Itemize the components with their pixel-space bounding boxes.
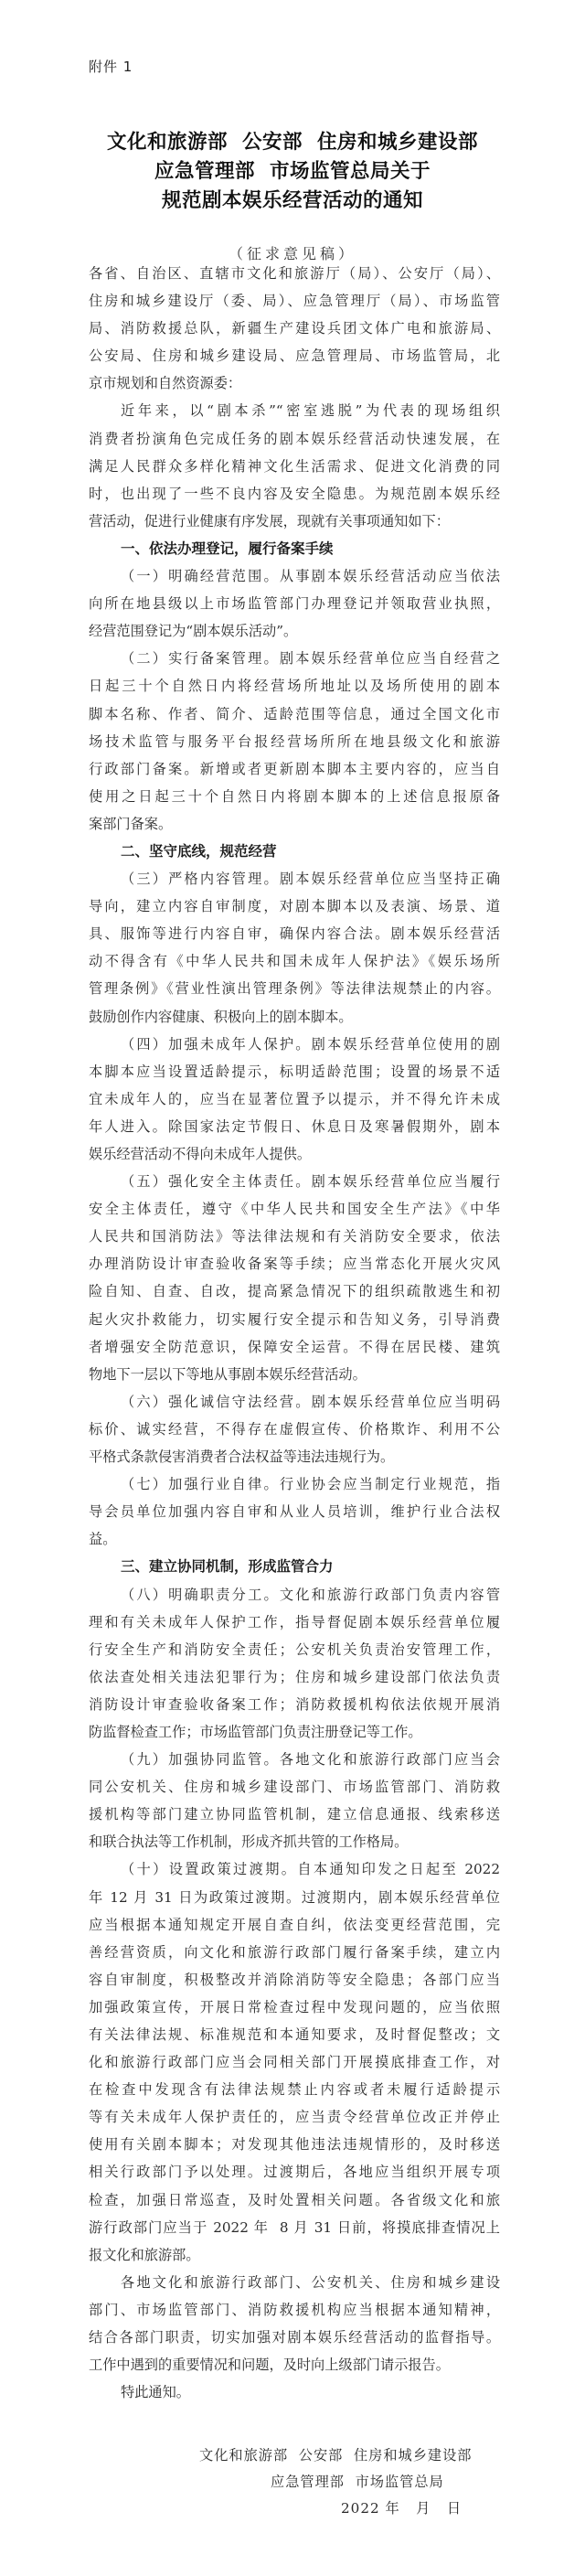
body-line: 案部门备案。 [89, 810, 500, 838]
paragraph-first-line: （八）明确职责分工。文化和旅游行政部门负责内容管 [89, 1581, 500, 1609]
body-line: 险自知、自查、自改，提高紧急情况下的组织疏散逃生和初 [89, 1277, 500, 1305]
paragraph-first-line: （二）实行备案管理。剧本娱乐经营单位应当自经营之 [89, 645, 500, 672]
body-line: 和联合执法等工作机制，形成齐抓共管的工作格局。 [89, 1828, 500, 1855]
body-line: 各省、自治区、直辖市文化和旅游厅（局）、公安厅（局）、 [89, 260, 500, 287]
body-line: 使用之日起三十个自然日内将剧本脚本的上述信息报原备 [89, 783, 500, 810]
body-line: 检查，加强日常巡查，及时处置相关问题。各省级文化和旅 [89, 2186, 500, 2214]
paragraph-first-line: 各地文化和旅游行政部门、公安机关、住房和城乡建设 [89, 2269, 500, 2296]
body-line: 部门、市场监管部门、消防救援机构应当根据本通知精神， [89, 2296, 500, 2324]
body-line: 本脚本应当设置适龄提示，标明适龄范围；设置的场景不适 [89, 1058, 500, 1085]
body-line: 娱乐经营活动不得向未成年人提供。 [89, 1140, 500, 1168]
body-line: 鼓励创作内容健康、积极向上的剧本脚本。 [89, 1003, 500, 1031]
body-line: 结合各部门职责，切实加强对剧本娱乐经营活动的监督指导。 [89, 2324, 500, 2351]
signature-departments-line-2: 应急管理部 市场监管总局 [271, 2472, 444, 2491]
body-line: 在检查中发现含有法律法规禁止内容或者未履行适龄提示 [89, 2076, 500, 2103]
paragraph-first-line: （四）加强未成年人保护。剧本娱乐经营单位使用的剧 [89, 1031, 500, 1058]
paragraph-first-line: （三）严格内容管理。剧本娱乐经营单位应当坚持正确 [89, 865, 500, 893]
paragraph-first-line: （十）设置政策过渡期。自本通知印发之日起至 2022 [89, 1855, 500, 1883]
body-line: 物地下一层以下等地从事剧本娱乐经营活动。 [89, 1361, 500, 1388]
body-line: 满足人民群众多样化精神文化生活需求、促进文化消费的同 [89, 453, 500, 480]
body-line: 使用有关剧本脚本；对发现其他违法违规情形的，及时移送 [89, 2131, 500, 2158]
body-line: 营活动，促进行业健康有序发展，现就有关事项通知如下： [89, 508, 500, 535]
body-line: 善经营资质，向文化和旅游行政部门履行备案手续，建立内 [89, 1939, 500, 1966]
body-line: 容自审制度，积极整改并消除消防等安全隐患；各部门应当 [89, 1966, 500, 1993]
body-line: 住房和城乡建设厅（委、局）、应急管理厅（局）、市场监管 [89, 287, 500, 315]
body-line: 动不得含有《中华人民共和国未成年人保护法》《娱乐场所 [89, 947, 500, 975]
document-page: 附件 1 文化和旅游部 公安部 住房和城乡建设部 应急管理部 市场监管总局关于 … [0, 0, 585, 2576]
body-line: 导会员单位加强内容自审和从业人员培训，维护行业合法权 [89, 1498, 500, 1525]
body-line: 益。 [89, 1525, 500, 1553]
body-line: 报文化和旅游部。 [89, 2241, 500, 2269]
body-line: 者增强安全防范意识，保障安全运营。不得在居民楼、建筑 [89, 1333, 500, 1361]
body-line: 经营范围登记为“剧本娱乐活动”。 [89, 617, 500, 645]
body-line: 化和旅游行政部门应当会同相关部门开展摸底排查工作，对 [89, 2048, 500, 2076]
title-line-2: 应急管理部 市场监管总局关于 [0, 157, 585, 187]
body-line: 脚本名称、作者、简介、适龄范围等信息，通过全国文化市 [89, 700, 500, 728]
body-line: 具、服饰等进行内容自审，确保内容合法。剧本娱乐经营活 [89, 920, 500, 947]
body-line: 日起三十个自然日内将经营场所地址以及场所使用的剧本 [89, 672, 500, 700]
body-line: 消费者扮演角色完成任务的剧本娱乐经营活动快速发展，在 [89, 425, 500, 453]
body-line: 场技术监管与服务平台报经营场所所在地县级文化和旅游 [89, 728, 500, 755]
body-line: 游行政部门应当于 2022 年 8 月 31 日前，将摸底排查情况上 [89, 2214, 500, 2241]
body-line: 有关法律法规、标准规范和本通知要求，及时督促整改；文 [89, 2021, 500, 2048]
body-line: 起火灾扑救能力，切实履行安全提示和告知义务，引导消费 [89, 1306, 500, 1333]
body-line: 工作中遇到的重要情况和问题，及时向上级部门请示报告。 [89, 2351, 500, 2378]
section-heading: 三、建立协同机制，形成监管合力 [89, 1553, 500, 1580]
body-line: 依法查处相关违法犯罪行为；住房和城乡建设部门依法负责 [89, 1663, 500, 1691]
body-line: 宜未成年人的，应当在显著位置予以提示，并不得允许未成 [89, 1085, 500, 1113]
body-line: 时，也出现了一些不良内容及安全隐患。为规范剧本娱乐经 [89, 480, 500, 508]
body-line: 年人进入。除国家法定节假日、休息日及寒暑假期外，剧本 [89, 1113, 500, 1140]
body-line: 平格式条款侵害消费者合法权益等违法违规行为。 [89, 1443, 500, 1470]
paragraph-first-line: （七）加强行业自律。行业协会应当制定行业规范，指 [89, 1470, 500, 1498]
title-line-1: 文化和旅游部 公安部 住房和城乡建设部 [0, 128, 585, 157]
title-line-3: 规范剧本娱乐经营活动的通知 [0, 187, 585, 216]
signature-date: 2022 年 月 日 [341, 2498, 462, 2517]
paragraph-first-line: 近年来，以“剧本杀”“密室逃脱”为代表的现场组织 [89, 397, 500, 424]
body-line: 标价、诚实经营，不得存在虚假宣传、价格欺诈、利用不公 [89, 1416, 500, 1443]
body-line: 安全主体责任，遵守《中华人民共和国安全生产法》《中华 [89, 1195, 500, 1223]
body-line: 公安局、住房和城乡建设局、应急管理局、市场监管局，北 [89, 342, 500, 369]
section-heading: 二、坚守底线，规范经营 [89, 838, 500, 865]
body-line: 加强政策宣传，开展日常检查过程中发现问题的，应当依照 [89, 1993, 500, 2021]
body-line: 行安全生产和消防安全责任；公安机关负责治安管理工作， [89, 1636, 500, 1663]
body-line: 应当根据本通知规定开展自查自纠，依法变更经营范围，完 [89, 1911, 500, 1939]
signature-departments-line-1: 文化和旅游部 公安部 住房和城乡建设部 [199, 2445, 473, 2464]
body-line: 导向，建立内容自审制度，对剧本脚本以及表演、场景、道 [89, 893, 500, 920]
body-line: 办理消防设计审查验收备案等手续；应当常态化开展火灾风 [89, 1250, 500, 1277]
body-line: 理和有关未成年人保护工作，指导督促剧本娱乐经营单位履 [89, 1609, 500, 1636]
body-line: 人民共和国消防法》等法律法规和有关消防安全要求，依法 [89, 1223, 500, 1250]
section-heading: 一、依法办理登记，履行备案手续 [89, 535, 500, 562]
body-line: 管理条例》《营业性演出管理条例》等法律法规禁止的内容。 [89, 975, 500, 1002]
paragraph-first-line: （九）加强协同监管。各地文化和旅游行政部门应当会 [89, 1746, 500, 1773]
body-line: 援机构等部门建立协同监管机制，建立信息通报、线索移送 [89, 1801, 500, 1828]
body-line: 年 12 月 31 日为政策过渡期。过渡期内，剧本娱乐经营单位 [89, 1884, 500, 1911]
body-line: 等有关未成年人保护责任的，应当责令经营单位改正并停止 [89, 2103, 500, 2131]
paragraph-first-line: （一）明确经营范围。从事剧本娱乐经营活动应当依法 [89, 562, 500, 590]
body-line: 防监督检查工作；市场监管部门负责注册登记等工作。 [89, 1718, 500, 1746]
body-line: 局、消防救援总队，新疆生产建设兵团文体广电和旅游局、 [89, 315, 500, 342]
document-body: 各省、自治区、直辖市文化和旅游厅（局）、公安厅（局）、住房和城乡建设厅（委、局）… [89, 260, 500, 2406]
closing-line: 特此通知。 [89, 2378, 500, 2406]
body-line: 消防设计审查验收备案工作；消防救援机构依法依规开展消 [89, 1691, 500, 1718]
paragraph-first-line: （六）强化诚信守法经营。剧本娱乐经营单位应当明码 [89, 1388, 500, 1416]
body-line: 京市规划和自然资源委： [89, 369, 500, 397]
body-line: 同公安机关、住房和城乡建设部门、市场监管部门、消防救 [89, 1773, 500, 1801]
paragraph-first-line: （五）强化安全主体责任。剧本娱乐经营单位应当履行 [89, 1168, 500, 1195]
attachment-label: 附件 1 [89, 57, 133, 76]
body-line: 向所在地县级以上市场监管部门办理登记并领取营业执照， [89, 590, 500, 617]
body-line: 相关行政部门予以处理。过渡期后，各地应当组织开展专项 [89, 2158, 500, 2186]
body-line: 行政部门备案。新增或者更新剧本脚本主要内容的，应当自 [89, 755, 500, 783]
document-title: 文化和旅游部 公安部 住房和城乡建设部 应急管理部 市场监管总局关于 规范剧本娱… [0, 128, 585, 216]
